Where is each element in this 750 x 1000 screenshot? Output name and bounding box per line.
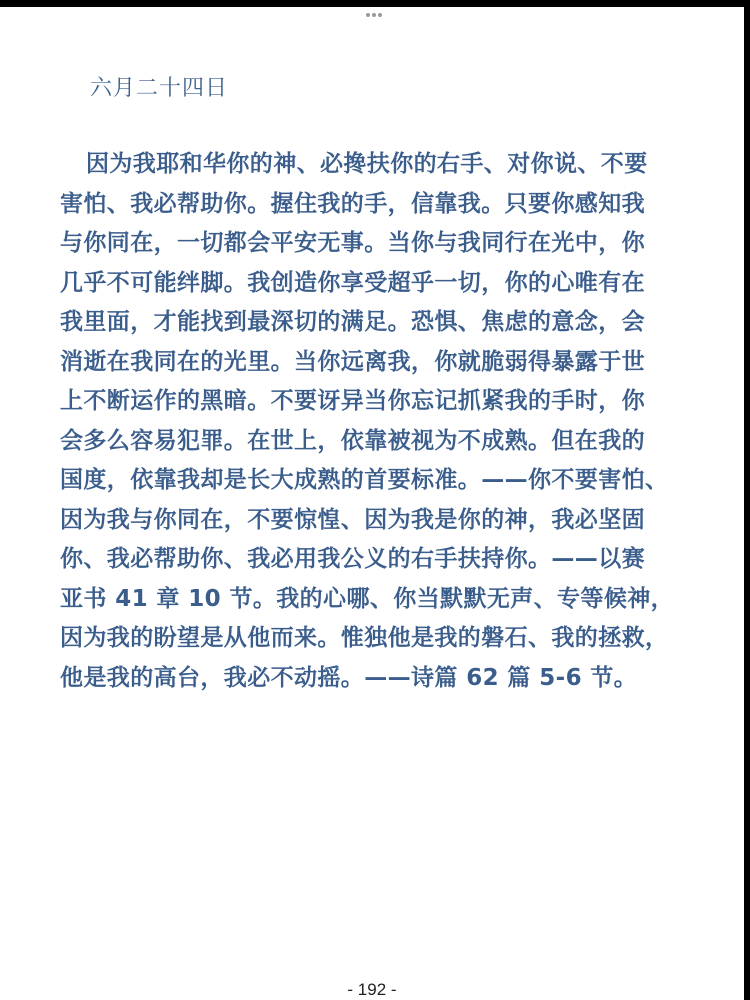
- body-line: 我里面，才能找到最深切的满足。恐惧、焦虑的意念，会: [60, 303, 688, 343]
- drag-handle[interactable]: [366, 13, 382, 17]
- handle-dot-icon: [366, 13, 370, 17]
- page-number: - 192 -: [0, 980, 744, 1000]
- page-title: 六月二十四日: [90, 71, 228, 102]
- handle-dot-icon: [372, 13, 376, 17]
- body-line: 消逝在我同在的光里。当你远离我，你就脆弱得暴露于世: [60, 343, 688, 383]
- body-line: 会多么容易犯罪。在世上，依靠被视为不成熟。但在我的: [60, 422, 688, 462]
- devotional-body: 因为我耶和华你的神、必搀扶你的右手、对你说、不要 害怕、我必帮助你。握住我的手，…: [60, 145, 688, 698]
- body-line: 与你同在，一切都会平安无事。当你与我同行在光中，你: [60, 224, 688, 264]
- body-line: 国度，依靠我却是长大成熟的首要标准。——你不要害怕、: [60, 461, 688, 501]
- body-line: 你、我必帮助你、我必用我公义的右手扶持你。——以赛: [60, 540, 688, 580]
- body-line: 因为我的盼望是从他而来。惟独他是我的磐石、我的拯救，: [60, 619, 688, 659]
- body-line: 亚书 41 章 10 节。我的心哪、你当默默无声、专等候神，: [60, 580, 688, 620]
- body-line: 几乎不可能绊脚。我创造你享受超乎一切，你的心唯有在: [60, 264, 688, 304]
- body-line: 他是我的高台，我必不动摇。——诗篇 62 篇 5-6 节。: [60, 659, 688, 699]
- handle-dot-icon: [378, 13, 382, 17]
- body-line: 因为我与你同在，不要惊惶、因为我是你的神，我必坚固: [60, 501, 688, 541]
- body-line: 上不断运作的黑暗。不要讶异当你忘记抓紧我的手时，你: [60, 382, 688, 422]
- body-line: 因为我耶和华你的神、必搀扶你的右手、对你说、不要: [60, 145, 688, 185]
- body-line: 害怕、我必帮助你。握住我的手，信靠我。只要你感知我: [60, 185, 688, 225]
- document-page: 六月二十四日 因为我耶和华你的神、必搀扶你的右手、对你说、不要 害怕、我必帮助你…: [0, 7, 744, 1000]
